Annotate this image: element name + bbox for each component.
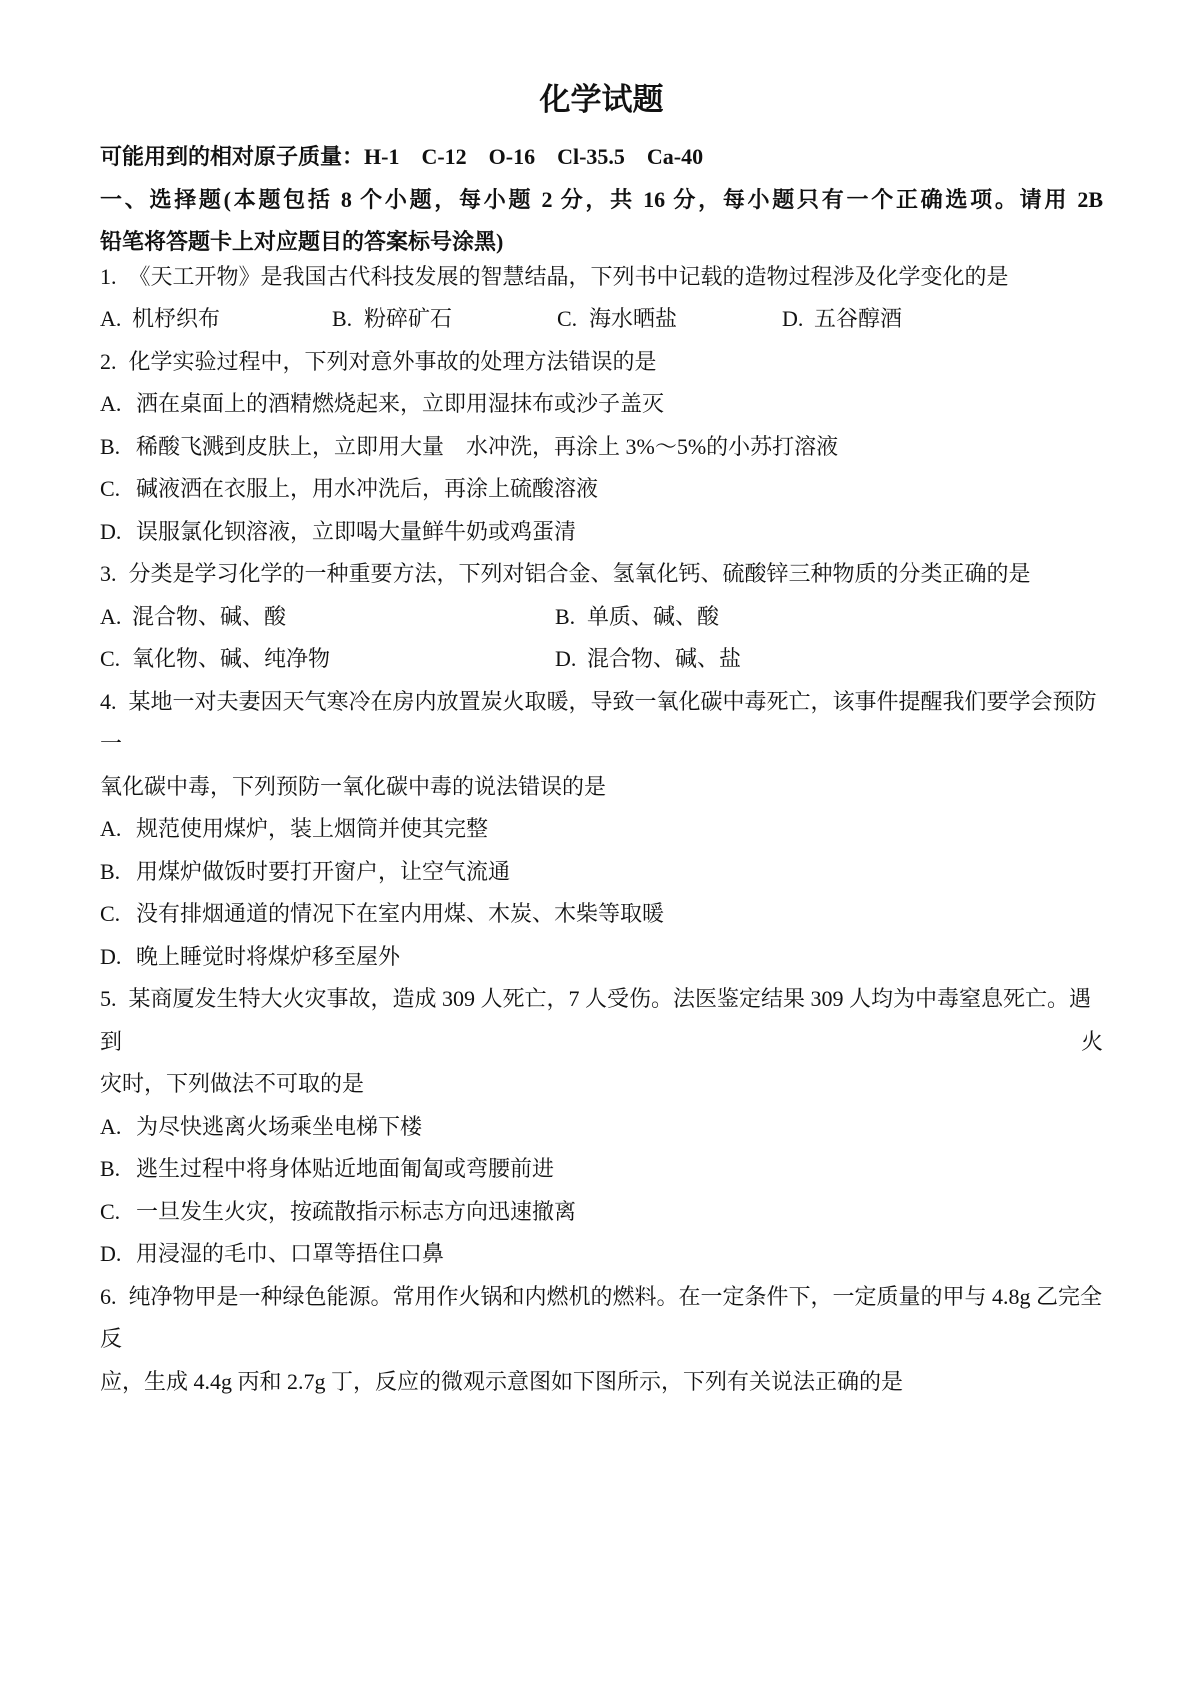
option-label: B. [100, 426, 136, 469]
option-label: A. [100, 1106, 136, 1149]
option-label: C. [557, 298, 589, 341]
question-1-option-a: A.机杼织布 [100, 298, 332, 341]
question-4-stem-line-1: 4.某地一对夫妻因天气寒冷在房内放置炭火取暖，导致一氧化碳中毒死亡，该事件提醒我… [100, 681, 1103, 766]
question-5-number: 5. [100, 986, 117, 1011]
question-2-stem: 2.化学实验过程中，下列对意外事故的处理方法错误的是 [100, 341, 1103, 384]
question-5: 5.某商厦发生特大火灾事故，造成 309 人死亡，7 人受伤。法医鉴定结果 30… [100, 978, 1103, 1276]
option-label: A. [100, 298, 132, 341]
option-text: 一旦发生火灾，按疏散指示标志方向迅速撤离 [136, 1199, 576, 1224]
question-2-text: 化学实验过程中，下列对意外事故的处理方法错误的是 [129, 349, 657, 374]
question-4-option-d: D.晚上睡觉时将煤炉移至屋外 [100, 936, 1103, 979]
option-text: 机杼织布 [132, 306, 220, 331]
option-label: B. [100, 851, 136, 894]
option-text: 规范使用煤炉，装上烟筒并使其完整 [136, 816, 488, 841]
question-6-stem-line-1: 6.纯净物甲是一种绿色能源。常用作火锅和内燃机的燃料。在一定条件下，一定质量的甲… [100, 1276, 1103, 1361]
option-text: 碱液洒在衣服上，用水冲洗后，再涂上硫酸溶液 [136, 476, 598, 501]
question-5-option-c: C.一旦发生火灾，按疏散指示标志方向迅速撤离 [100, 1191, 1103, 1234]
option-text: 混合物、碱、酸 [132, 604, 286, 629]
question-4-text-1: 某地一对夫妻因天气寒冷在房内放置炭火取暖，导致一氧化碳中毒死亡，该事件提醒我们要… [100, 689, 1097, 757]
option-label: D. [100, 511, 136, 554]
question-4-option-b: B.用煤炉做饭时要打开窗户，让空气流通 [100, 851, 1103, 894]
question-1-option-d: D.五谷醇酒 [782, 298, 1103, 341]
option-label: B. [100, 1148, 136, 1191]
question-2-option-b: B.稀酸飞溅到皮肤上，立即用大量 水冲洗，再涂上 3%～5%的小苏打溶液 [100, 426, 1103, 469]
question-6: 6.纯净物甲是一种绿色能源。常用作火锅和内燃机的燃料。在一定条件下，一定质量的甲… [100, 1276, 1103, 1404]
question-5-option-a: A.为尽快逃离火场乘坐电梯下楼 [100, 1106, 1103, 1149]
question-1-stem: 1.《天工开物》是我国古代科技发展的智慧结晶，下列书中记载的造物过程涉及化学变化… [100, 256, 1103, 299]
option-label: B. [332, 298, 364, 341]
option-text: 洒在桌面上的酒精燃烧起来，立即用湿抹布或沙子盖灭 [136, 391, 664, 416]
option-label: D. [100, 1233, 136, 1276]
question-6-stem-line-2: 应，生成 4.4g 丙和 2.7g 丁，反应的微观示意图如下图所示，下列有关说法… [100, 1361, 1103, 1404]
question-1-option-b: B.粉碎矿石 [332, 298, 557, 341]
option-label: A. [100, 383, 136, 426]
question-6-text-1: 纯净物甲是一种绿色能源。常用作火锅和内燃机的燃料。在一定条件下，一定质量的甲与 … [100, 1284, 1102, 1352]
section-heading-line-1: 一、选择题(本题包括 8 个小题，每小题 2 分，共 16 分，每小题只有一个正… [100, 179, 1103, 222]
section-heading: 一、选择题(本题包括 8 个小题，每小题 2 分，共 16 分，每小题只有一个正… [100, 179, 1103, 264]
option-label: D. [782, 298, 814, 341]
question-1-options: A.机杼织布 B.粉碎矿石 C.海水晒盐 D.五谷醇酒 [100, 298, 1103, 341]
question-6-number: 6. [100, 1284, 117, 1309]
question-2-option-a: A.洒在桌面上的酒精燃烧起来，立即用湿抹布或沙子盖灭 [100, 383, 1103, 426]
question-3-option-a: A.混合物、碱、酸 [100, 596, 555, 639]
question-3-stem: 3.分类是学习化学的一种重要方法，下列对铝合金、氢氧化钙、硫酸锌三种物质的分类正… [100, 553, 1103, 596]
option-text: 晚上睡觉时将煤炉移至屋外 [136, 944, 400, 969]
option-text: 氧化物、碱、纯净物 [132, 646, 330, 671]
question-4: 4.某地一对夫妻因天气寒冷在房内放置炭火取暖，导致一氧化碳中毒死亡，该事件提醒我… [100, 681, 1103, 979]
option-text: 用浸湿的毛巾、口罩等捂住口鼻 [136, 1241, 444, 1266]
question-3-option-b: B.单质、碱、酸 [555, 596, 1103, 639]
option-text: 误服氯化钡溶液，立即喝大量鲜牛奶或鸡蛋清 [136, 519, 576, 544]
option-text: 单质、碱、酸 [587, 604, 719, 629]
option-text: 用煤炉做饭时要打开窗户，让空气流通 [136, 859, 510, 884]
atomic-mass-line: 可能用到的相对原子质量：H-1 C-12 O-16 Cl-35.5 Ca-40 [100, 136, 1103, 179]
question-3: 3.分类是学习化学的一种重要方法，下列对铝合金、氢氧化钙、硫酸锌三种物质的分类正… [100, 553, 1103, 681]
question-2-number: 2. [100, 349, 117, 374]
option-text: 混合物、碱、盐 [587, 646, 741, 671]
question-3-options: A.混合物、碱、酸 B.单质、碱、酸 C.氧化物、碱、纯净物 D.混合物、碱、盐 [100, 596, 1103, 681]
question-5-stem-line-1: 5.某商厦发生特大火灾事故，造成 309 人死亡，7 人受伤。法医鉴定结果 30… [100, 978, 1103, 1063]
option-label: A. [100, 808, 136, 851]
question-3-number: 3. [100, 561, 117, 586]
option-label: C. [100, 1191, 136, 1234]
option-label: C. [100, 893, 136, 936]
question-4-option-a: A.规范使用煤炉，装上烟筒并使其完整 [100, 808, 1103, 851]
option-text: 没有排烟通道的情况下在室内用煤、木炭、木柴等取暖 [136, 901, 664, 926]
option-label: B. [555, 596, 587, 639]
question-4-stem-line-2: 氧化碳中毒，下列预防一氧化碳中毒的说法错误的是 [100, 766, 1103, 809]
option-label: A. [100, 596, 132, 639]
question-2-option-c: C.碱液洒在衣服上，用水冲洗后，再涂上硫酸溶液 [100, 468, 1103, 511]
question-4-option-c: C.没有排烟通道的情况下在室内用煤、木炭、木柴等取暖 [100, 893, 1103, 936]
question-1-text: 《天工开物》是我国古代科技发展的智慧结晶，下列书中记载的造物过程涉及化学变化的是 [129, 264, 1009, 289]
question-4-number: 4. [100, 689, 117, 714]
option-text: 粉碎矿石 [364, 306, 452, 331]
page-title: 化学试题 [100, 80, 1103, 120]
question-5-stem-line-2: 灾时，下列做法不可取的是 [100, 1063, 1103, 1106]
option-label: D. [555, 638, 587, 681]
option-label: C. [100, 638, 132, 681]
question-2: 2.化学实验过程中，下列对意外事故的处理方法错误的是 A.洒在桌面上的酒精燃烧起… [100, 341, 1103, 554]
option-text: 为尽快逃离火场乘坐电梯下楼 [136, 1114, 422, 1139]
option-label: C. [100, 468, 136, 511]
option-label: D. [100, 936, 136, 979]
question-2-option-d: D.误服氯化钡溶液，立即喝大量鲜牛奶或鸡蛋清 [100, 511, 1103, 554]
question-1-option-c: C.海水晒盐 [557, 298, 782, 341]
question-3-option-d: D.混合物、碱、盐 [555, 638, 1103, 681]
option-text: 海水晒盐 [589, 306, 677, 331]
question-3-option-c: C.氧化物、碱、纯净物 [100, 638, 555, 681]
exam-page: 化学试题 可能用到的相对原子质量：H-1 C-12 O-16 Cl-35.5 C… [0, 0, 1200, 1698]
question-5-text-1: 某商厦发生特大火灾事故，造成 309 人死亡，7 人受伤。法医鉴定结果 309 … [100, 986, 1103, 1054]
question-3-text: 分类是学习化学的一种重要方法，下列对铝合金、氢氧化钙、硫酸锌三种物质的分类正确的… [129, 561, 1031, 586]
option-text: 稀酸飞溅到皮肤上，立即用大量 水冲洗，再涂上 3%～5%的小苏打溶液 [136, 434, 838, 459]
question-5-option-d: D.用浸湿的毛巾、口罩等捂住口鼻 [100, 1233, 1103, 1276]
question-5-option-b: B.逃生过程中将身体贴近地面匍匐或弯腰前进 [100, 1148, 1103, 1191]
option-text: 逃生过程中将身体贴近地面匍匐或弯腰前进 [136, 1156, 554, 1181]
option-text: 五谷醇酒 [814, 306, 902, 331]
question-1-number: 1. [100, 264, 117, 289]
question-1: 1.《天工开物》是我国古代科技发展的智慧结晶，下列书中记载的造物过程涉及化学变化… [100, 256, 1103, 341]
